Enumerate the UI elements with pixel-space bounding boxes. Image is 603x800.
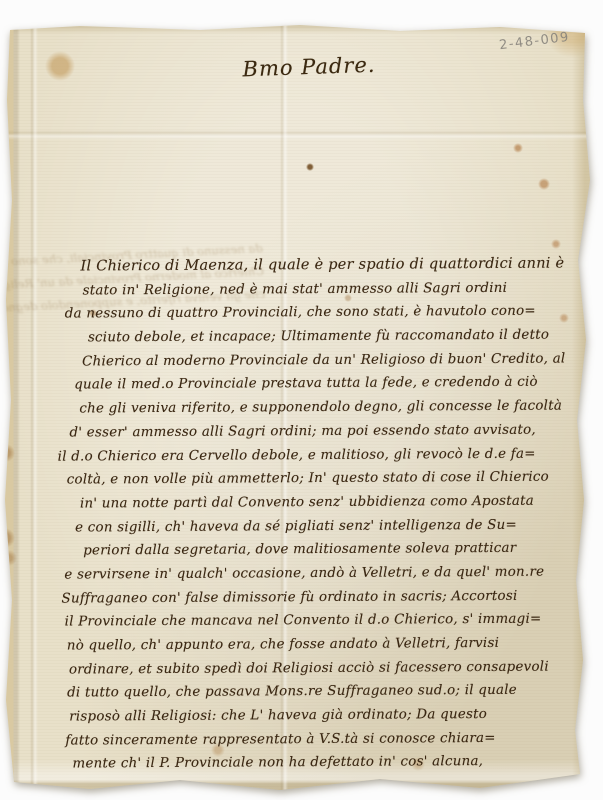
manuscript-sheet-wrap: da nessuno di quattro Provinciali, che s… [0,0,603,800]
body-line: e servirsene in' qualch' occasione, andò… [64,560,584,587]
body-line: ordinare, et subito spedì doi Religiosi … [69,655,585,682]
archival-number-pencil: 2-48-009 [498,30,570,54]
scan-background: { "page": { "archival_number": "2-48-009… [0,0,603,800]
manuscript-paper: da nessuno di quattro Provinciali, che s… [4,22,590,790]
body-line: fatto sinceramente rappresentato à V.S.t… [65,726,585,753]
body-line: quale il med.o Provinciale prestava tutt… [74,371,583,398]
body-line: periori dalla segretaria, dove malitiosa… [83,537,584,564]
body-line: da nessuno di quattro Provinciali, che s… [65,300,583,327]
body-line: il Provinciale che mancava nel Convento … [65,608,585,635]
body-line: Suffraganeo con' false dimissorie fù ord… [61,584,584,611]
body-line: il d.o Chierico era Cervello debole, e m… [58,442,584,469]
body-line: d' esser' ammesso alli Sagri ordini; ma … [69,418,583,445]
body-line: coltà, e non volle più ammetterlo; In' q… [67,466,584,493]
body-line: di tutto quello, che passava Mons.re Suf… [67,679,585,706]
salutation: Bmo Padre. [209,52,410,83]
body-line: risposò alli Religiosi: che L' haveva gi… [69,702,585,729]
body-line: sciuto debole, et incapace; Ultimamente … [88,323,583,350]
body-line: Il Chierico di Maenza, il quale è per sp… [80,252,582,279]
body-line: e con sigilli, ch' haveva da sé pigliati… [75,513,584,540]
body-line: mente ch' il P. Provinciale non ha defet… [72,750,585,777]
body-line: nò quello, ch' appunto era, che fosse an… [67,631,585,658]
body-line: Chierico al moderno Provinciale da un' R… [82,347,583,374]
body-line: stato in' Religione, ned è mai stat' amm… [83,276,583,303]
body-line: che gli veniva riferito, e supponendolo … [79,395,583,422]
letter-body: Il Chierico di Maenza, il quale è per sp… [54,252,585,776]
body-line: in' una notte partì dal Convento senz' u… [80,489,584,516]
